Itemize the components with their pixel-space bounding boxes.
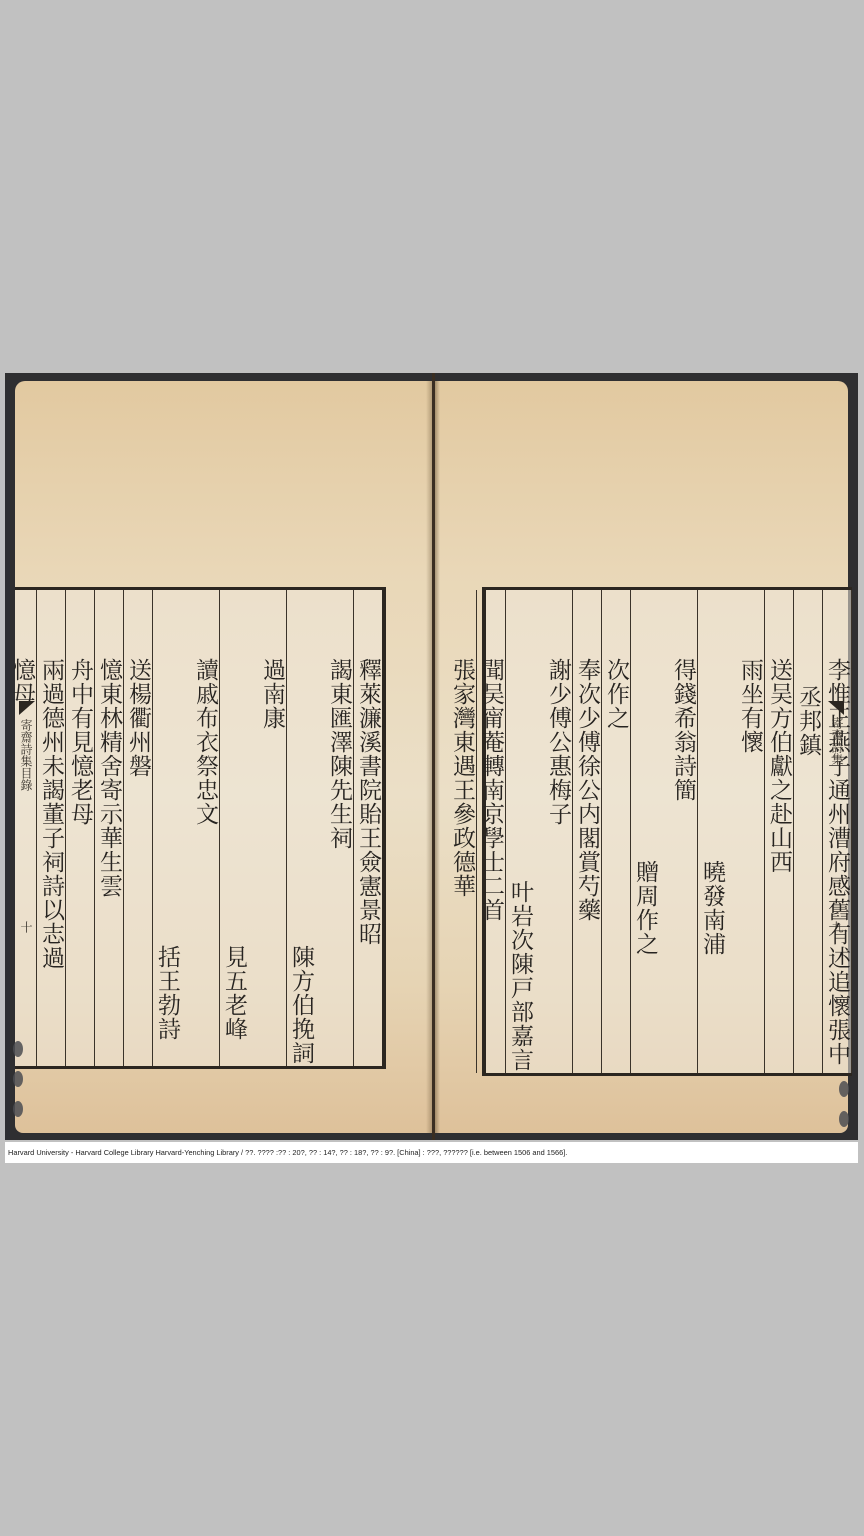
text-column: 送吴方伯獻之赴山西 (764, 590, 793, 1073)
column-subtext: 見五老峰 (220, 945, 248, 1066)
text-column: 得錢希翁詩簡贈周作之 (630, 590, 697, 1073)
column-text: 聞吴甯菴轉南京學士二首 (477, 658, 505, 1073)
margin-title: 寄齋詩集 (829, 717, 846, 765)
margin-title: 寄齋詩集目錄 (18, 719, 35, 791)
column-text: 釋萊濂溪書院貽王僉憲景昭 (354, 658, 382, 1066)
column-text: 次作之 (602, 658, 630, 1073)
column-text: 謝少傅公惠梅子 (544, 658, 572, 1073)
text-column: 兩過德州未謁董子祠詩以志過 (36, 590, 65, 1066)
left-text-block: 釋萊濂溪書院貽王僉憲景昭 謁東匯澤陳先生祠陳方伯挽詞 過南康見五老峰 讀戚布衣祭… (15, 587, 386, 1069)
column-text: 得錢希翁詩簡 (669, 658, 697, 1073)
book-scan-image: 釋萊濂溪書院貽王僉憲景昭 謁東匯澤陳先生祠陳方伯挽詞 過南康見五老峰 讀戚布衣祭… (5, 373, 858, 1140)
binding-thread-mark (839, 1081, 849, 1097)
margin-page-number: 九 (829, 921, 846, 933)
fishtail-mark (19, 701, 35, 715)
column-text: 舟中有見憶老母 (66, 658, 94, 1066)
column-subtext: 括王勃詩 (153, 945, 181, 1066)
left-page: 釋萊濂溪書院貽王僉憲景昭 謁東匯澤陳先生祠陳方伯挽詞 過南康見五老峰 讀戚布衣祭… (15, 381, 432, 1133)
column-text: 雨坐有懷 (736, 658, 764, 1073)
column-text: 奉次少傅徐公内閣賞芍藥 (573, 658, 601, 1073)
text-column: 謁東匯澤陳先生祠陳方伯挽詞 (286, 590, 353, 1066)
margin-column (851, 590, 852, 1073)
text-column: 奉次少傅徐公内閣賞芍藥 (572, 590, 601, 1073)
text-column: 次作之 (601, 590, 630, 1073)
text-column: 丞邦鎮 (793, 590, 822, 1073)
text-column: 送楊衢州磐 (123, 590, 152, 1066)
column-subtext: 贈周作之 (631, 860, 659, 1073)
text-column: 憶東林精舍寄示華生雲 (94, 590, 123, 1066)
right-page: 李惟正燕子通州漕府感舊有述追懷張中 丞邦鎮 送吴方伯獻之赴山西 雨坐有懷曉發南浦… (435, 381, 848, 1133)
binding-thread-mark (13, 1101, 23, 1117)
column-text: 送楊衢州磐 (124, 658, 152, 1066)
text-column: 讀戚布衣祭忠文括王勃詩 (152, 590, 219, 1066)
text-column: 謝少傅公惠梅子叶岩次陳戸部嘉言 (505, 590, 572, 1073)
margin-page-number: 十 (18, 921, 35, 933)
column-text: 讀戚布衣祭忠文 (191, 658, 219, 1066)
text-column: 過南康見五老峰 (219, 590, 286, 1066)
column-subtext: 叶岩次陳戸部嘉言 (506, 880, 534, 1073)
column-text: 兩過德州未謁董子祠詩以志過 (37, 658, 65, 1066)
column-text: 丞邦鎮 (794, 685, 822, 1073)
column-text: 謁東匯澤陳先生祠 (325, 658, 353, 1066)
binding-thread-mark (839, 1111, 849, 1127)
binding-thread-mark (13, 1041, 23, 1057)
column-text: 送吴方伯獻之赴山西 (765, 658, 793, 1073)
column-subtext: 曉發南浦 (698, 860, 726, 1073)
text-column: 憶母再至德州 (0, 590, 36, 1066)
column-text: 憶東林精舍寄示華生雲 (95, 658, 123, 1066)
binding-thread-mark (13, 1071, 23, 1087)
text-column: 李惟正燕子通州漕府感舊有述追懷張中 (822, 590, 851, 1073)
text-column: 舟中有見憶老母 (65, 590, 94, 1066)
fishtail-mark (828, 701, 844, 715)
text-column: 雨坐有懷曉發南浦 (697, 590, 764, 1073)
right-text-block: 李惟正燕子通州漕府感舊有述追懷張中 丞邦鎮 送吴方伯獻之赴山西 雨坐有懷曉發南浦… (482, 587, 852, 1076)
image-caption: Harvard University - Harvard College Lib… (5, 1142, 858, 1163)
text-column: 聞吴甯菴轉南京學士二首 (476, 590, 505, 1073)
column-text: 張家灣東遇王參政德華 (448, 658, 476, 1073)
text-column: 釋萊濂溪書院貽王僉憲景昭 (353, 590, 382, 1066)
column-text: 過南康 (258, 658, 286, 1066)
column-subtext: 陳方伯挽詞 (287, 945, 315, 1066)
text-column: 張家灣東遇王參政德華 (448, 590, 476, 1073)
